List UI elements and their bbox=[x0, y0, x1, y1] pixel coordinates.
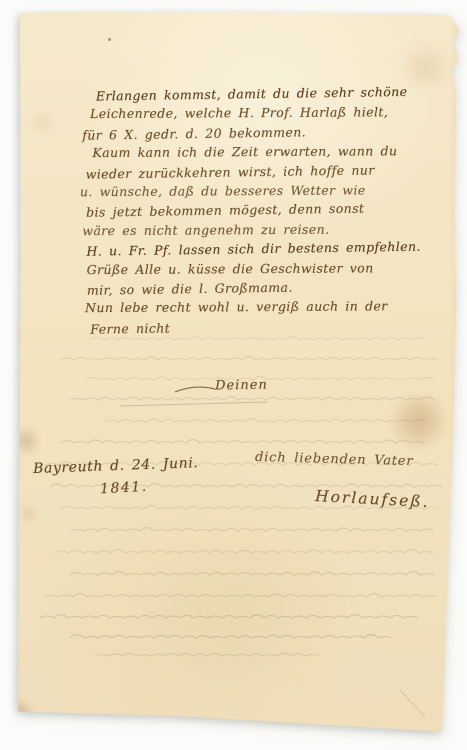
bleedthrough-line bbox=[45, 594, 437, 598]
year-line: 1841. bbox=[100, 479, 148, 497]
bleedthrough-line bbox=[40, 615, 418, 619]
valediction: Deinen bbox=[215, 378, 268, 394]
scan-background: Erlangen kommst, damit du die sehr schön… bbox=[0, 0, 467, 750]
bleedthrough-line bbox=[60, 357, 438, 361]
bleedthrough-line bbox=[55, 550, 433, 554]
paper-shadow-wrap: Erlangen kommst, damit du die sehr schön… bbox=[0, 0, 467, 750]
letter-body: Erlangen kommst, damit du die sehr schön… bbox=[85, 82, 444, 338]
bleedthrough-line bbox=[105, 419, 427, 423]
faint-underline bbox=[120, 402, 267, 406]
bleedthrough-line bbox=[70, 635, 392, 639]
letter-page: Erlangen kommst, damit du die sehr schön… bbox=[15, 10, 463, 734]
bleedthrough-line bbox=[60, 440, 424, 444]
scratch-mark bbox=[400, 690, 425, 717]
bleedthrough-line bbox=[70, 397, 434, 401]
bleedthrough-line bbox=[70, 572, 434, 576]
bleedthrough-line bbox=[95, 653, 319, 656]
bleedthrough-line bbox=[70, 528, 434, 532]
pen-flourish bbox=[175, 387, 215, 392]
